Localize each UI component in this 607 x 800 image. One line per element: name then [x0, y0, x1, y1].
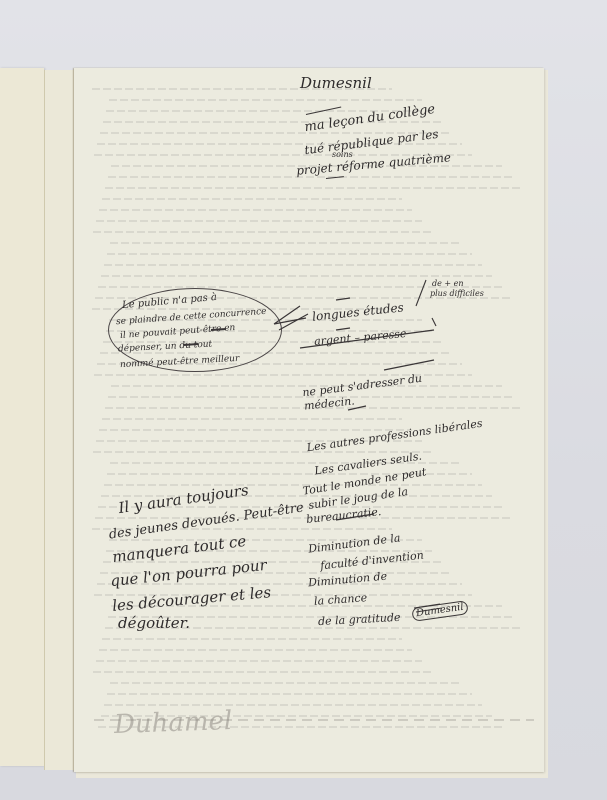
manuscript-page: Dumesnil ma leçon du collège tué républi…: [74, 68, 544, 772]
left-sheet-edge: [0, 68, 44, 766]
left-sheet-inner-edge: [44, 70, 75, 770]
pen-strokes: [74, 68, 544, 772]
